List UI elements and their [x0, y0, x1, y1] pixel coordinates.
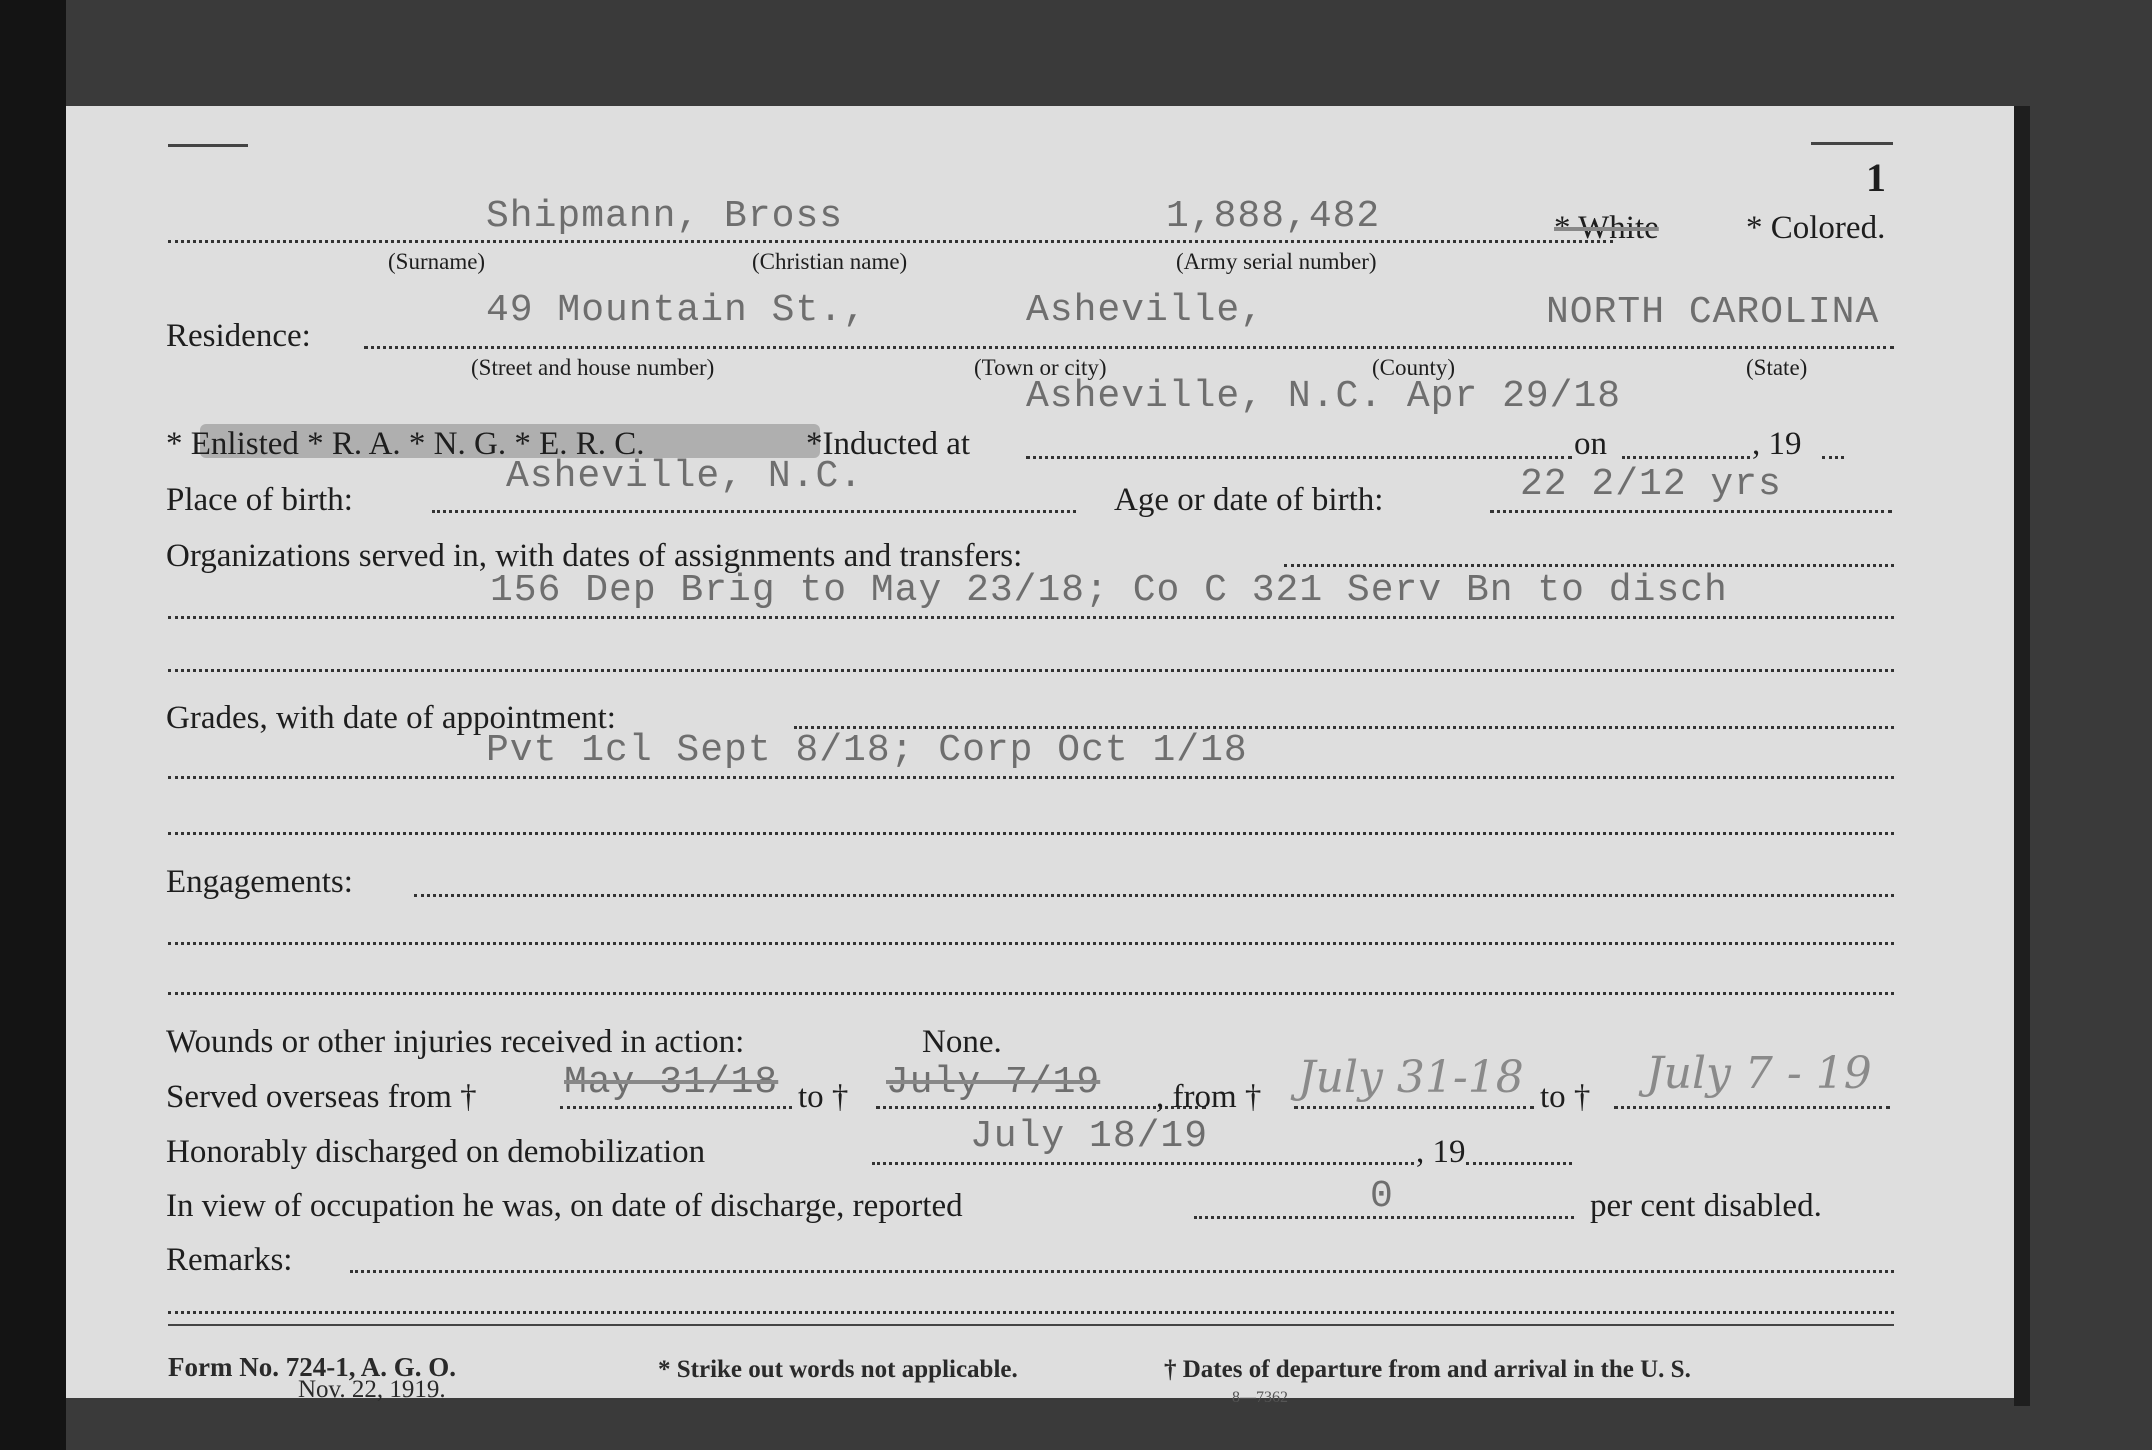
grades-line-1 — [168, 776, 1894, 779]
inducted-line — [1026, 456, 1572, 459]
bottom-rule — [168, 1324, 1894, 1326]
wounds-label: Wounds or other injuries received in act… — [166, 1026, 744, 1059]
residence-street-value: 49 Mountain St., — [486, 292, 867, 330]
caption-state: (State) — [1746, 356, 1807, 379]
wounds-value: None. — [922, 1026, 1002, 1059]
overseas-to-label: to † — [798, 1081, 848, 1114]
note-strike-out: * Strike out words not applicable. — [658, 1356, 1018, 1384]
discharge-line — [872, 1162, 1414, 1165]
age-line — [1490, 510, 1892, 513]
engagements-line-1 — [414, 894, 1894, 897]
disability-suffix: per cent disabled. — [1590, 1190, 1822, 1223]
residence-state-value: NORTH CAROLINA — [1546, 294, 1879, 332]
caption-serial-number: (Army serial number) — [1176, 250, 1377, 273]
top-right-rule — [1811, 142, 1893, 145]
scan-right-shadow — [2014, 106, 2030, 1406]
discharge-year-line — [1466, 1162, 1572, 1165]
overseas-to-struck: July 7/19 — [886, 1064, 1100, 1102]
engagements-label: Engagements: — [166, 866, 353, 899]
service-record-card: 1 Shipmann, Bross 1,888,482 * White * Co… — [66, 106, 2014, 1398]
discharge-label: Honorably discharged on demobilization — [166, 1136, 705, 1169]
birthplace-label: Place of birth: — [166, 484, 353, 517]
name-line — [168, 240, 1613, 243]
induction-value: Asheville, N.C. Apr 29/18 — [1026, 378, 1621, 416]
discharge-year-label: , 19 — [1416, 1136, 1466, 1169]
birthplace-line — [432, 510, 1076, 513]
organizations-header-line — [1284, 564, 1894, 567]
organizations-value: 156 Dep Brig to May 23/18; Co C 321 Serv… — [490, 572, 1728, 610]
birthplace-value: Asheville, N.C. — [506, 458, 863, 496]
caption-christian-name: (Christian name) — [752, 250, 907, 273]
engagements-line-3 — [168, 992, 1894, 995]
residence-line — [364, 346, 1894, 349]
disability-label: In view of occupation he was, on date of… — [166, 1190, 963, 1223]
residence-label: Residence: — [166, 320, 311, 353]
grades-value: Pvt 1cl Sept 8/18; Corp Oct 1/18 — [486, 732, 1248, 770]
serial-number-value: 1,888,482 — [1166, 198, 1380, 236]
caption-street: (Street and house number) — [471, 356, 714, 379]
overseas-from-struck: May 31/18 — [564, 1064, 778, 1102]
note-dates: † Dates of departure from and arrival in… — [1164, 1356, 1691, 1384]
overseas-label: Served overseas from † — [166, 1081, 477, 1114]
inducted-year-label: , 19 — [1752, 428, 1802, 461]
remarks-label: Remarks: — [166, 1244, 292, 1277]
overseas-from2-label: , from † — [1156, 1081, 1261, 1114]
age-label: Age or date of birth: — [1114, 484, 1383, 517]
page-number: 1 — [1866, 158, 1886, 198]
inducted-date-line — [1622, 456, 1750, 459]
remarks-line-2 — [168, 1311, 1894, 1314]
top-left-rule — [168, 144, 248, 147]
overseas-to2-line — [1614, 1106, 1890, 1109]
disability-value: 0 — [1370, 1178, 1394, 1216]
residence-town-value: Asheville, — [1026, 292, 1264, 330]
inducted-year-line — [1822, 456, 1844, 459]
overseas-to2-handwritten: July 7 - 19 — [1646, 1052, 1872, 1096]
overseas-from2-handwritten: July 31-18 — [1298, 1056, 1524, 1100]
organizations-line-1 — [168, 616, 1894, 619]
caption-surname: (Surname) — [388, 250, 485, 273]
age-value: 22 2/12 yrs — [1520, 466, 1782, 504]
grades-line-2 — [168, 832, 1894, 835]
race-colored: * Colored. — [1746, 212, 1885, 245]
inducted-on-label: on — [1574, 428, 1607, 461]
scan-left-border — [0, 0, 66, 1450]
remarks-line-1 — [350, 1270, 1894, 1273]
discharge-value: July 18/19 — [970, 1118, 1208, 1156]
form-date: Nov. 22, 1919. — [298, 1376, 446, 1404]
overseas-to2-label: to † — [1540, 1081, 1590, 1114]
race-white-struck: * White — [1554, 212, 1659, 245]
engagements-line-2 — [168, 942, 1894, 945]
overseas-from2-line — [1294, 1106, 1534, 1109]
name-value: Shipmann, Bross — [486, 198, 843, 236]
overseas-from-line — [560, 1106, 792, 1109]
organizations-line-2 — [168, 669, 1894, 672]
print-code: 8—7362 — [1232, 1390, 1288, 1406]
